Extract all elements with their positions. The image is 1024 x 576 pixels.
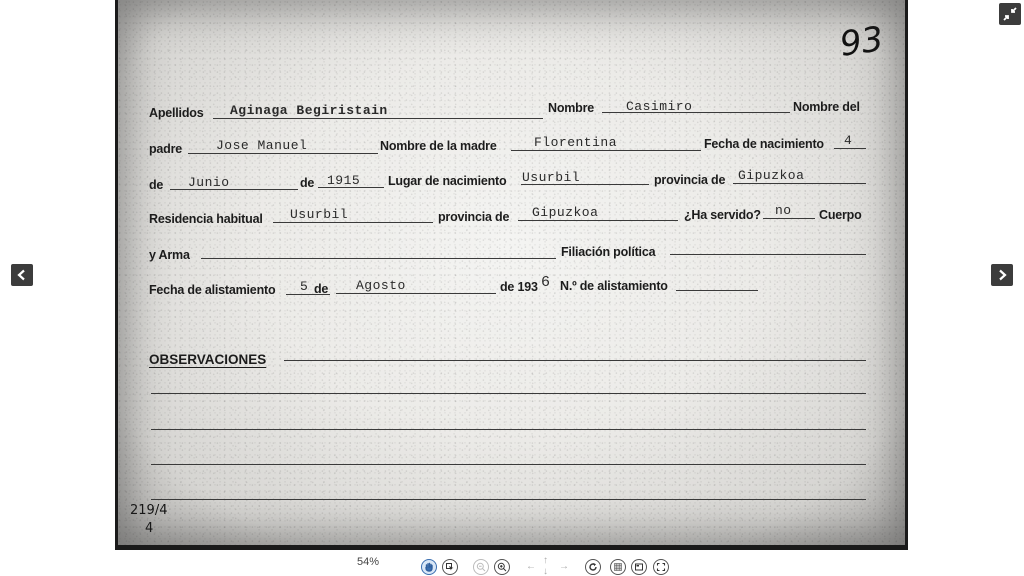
label-provincia: provincia de [654, 173, 725, 187]
value-padre: Jose Manuel [216, 138, 307, 153]
next-image-button[interactable] [991, 264, 1013, 286]
pan-down-button[interactable]: ↓ [543, 567, 548, 576]
previous-image-button[interactable] [11, 264, 33, 286]
index-card: 93 Apellidos Aginaga Begiristain Nombre … [118, 0, 905, 545]
label-residencia: Residencia habitual [149, 212, 263, 226]
select-icon [445, 562, 455, 572]
label-de: de [314, 282, 328, 296]
field-line [733, 183, 866, 184]
label-de: de [300, 176, 314, 190]
field-line [336, 293, 496, 294]
value-dia-alistamiento: 5 [300, 279, 308, 294]
arrow-up-icon: ↑ [543, 555, 548, 566]
fit-screen-icon [656, 562, 666, 572]
value-anio-nacimiento: 1915 [327, 173, 360, 188]
handwritten-page-number: 93 [837, 19, 885, 65]
arrow-right-icon: → [559, 561, 569, 572]
pan-up-button[interactable]: ↑ [543, 556, 548, 566]
label-nombre: Nombre [548, 101, 594, 115]
field-line [213, 118, 543, 119]
label-apellidos: Apellidos [149, 106, 203, 120]
observaciones-heading: OBSERVACIONES [149, 352, 266, 367]
field-line [188, 153, 378, 154]
value-mes-nacimiento: Junio [188, 175, 230, 190]
field-line [518, 220, 678, 221]
label-filiacion: Filiación política [561, 245, 655, 259]
field-line [201, 258, 556, 259]
field-line [834, 148, 866, 149]
zoom-in-icon [497, 562, 507, 572]
label-y-arma: y Arma [149, 248, 190, 262]
arrow-left-icon: ← [526, 561, 536, 572]
value-provincia-nacimiento: Gipuzkoa [738, 168, 804, 183]
value-mes-alistamiento: Agosto [356, 278, 406, 293]
exit-fullscreen-icon [1003, 7, 1017, 21]
value-provincia-residencia: Gipuzkoa [532, 205, 598, 220]
thumbnails-button[interactable] [610, 559, 626, 575]
field-line [273, 222, 433, 223]
label-ha-servido: ¿Ha servido? [684, 208, 761, 222]
label-provincia: provincia de [438, 210, 509, 224]
field-line [763, 218, 815, 219]
observaciones-line [151, 464, 866, 465]
label-padre: padre [149, 142, 182, 156]
value-lugar-nacimiento: Usurbil [522, 170, 580, 185]
value-ha-servido: no [775, 203, 792, 218]
field-line [511, 150, 701, 151]
pan-right-button[interactable]: → [559, 562, 569, 572]
corner-note-bottom: 4 [145, 521, 153, 536]
image-viewer: 93 Apellidos Aginaga Begiristain Nombre … [0, 0, 1024, 576]
corner-note-top: 219/4 [130, 503, 167, 518]
chevron-left-icon [16, 269, 28, 281]
window-icon [634, 562, 644, 572]
observaciones-line [151, 393, 866, 394]
label-cuerpo: Cuerpo [819, 208, 862, 222]
zoom-out-icon [476, 562, 486, 572]
grid-icon [613, 562, 623, 572]
observaciones-line [151, 499, 866, 500]
label-de-193: de 193 [500, 280, 538, 294]
rotate-button[interactable] [585, 559, 601, 575]
value-apellidos: Aginaga Begiristain [230, 103, 388, 118]
label-fecha-alistamiento: Fecha de alistamiento [149, 283, 275, 297]
zoom-in-button[interactable] [494, 559, 510, 575]
document-image[interactable]: 93 Apellidos Aginaga Begiristain Nombre … [115, 0, 908, 550]
fit-screen-button[interactable] [653, 559, 669, 575]
arrow-down-icon: ↓ [543, 566, 548, 576]
field-line [670, 254, 866, 255]
pan-left-button[interactable]: ← [526, 562, 536, 572]
select-tool-button[interactable] [442, 559, 458, 575]
zoom-out-button[interactable] [473, 559, 489, 575]
zoom-level: 54% [357, 556, 379, 568]
observaciones-line [284, 360, 866, 361]
pan-tool-button[interactable] [421, 559, 437, 575]
value-madre: Florentina [534, 135, 617, 150]
label-fecha-nacimiento: Fecha de nacimiento [704, 137, 824, 151]
hand-icon [424, 562, 434, 572]
rotate-icon [588, 562, 598, 572]
field-line [676, 290, 758, 291]
value-residencia: Usurbil [290, 207, 348, 222]
value-anio-alistamiento-digit: 6 [541, 274, 551, 291]
label-num-alistamiento: N.º de alistamiento [560, 279, 668, 293]
value-nombre: Casimiro [626, 99, 692, 114]
observaciones-line [151, 429, 866, 430]
label-nombre-del: Nombre del [793, 100, 860, 114]
exit-fullscreen-button[interactable] [999, 3, 1021, 25]
label-nombre-madre: Nombre de la madre [380, 139, 497, 153]
label-lugar-nacimiento: Lugar de nacimiento [388, 174, 506, 188]
window-button[interactable] [631, 559, 647, 575]
value-dia-nacimiento: 4 [844, 133, 852, 148]
chevron-right-icon [996, 269, 1008, 281]
label-de: de [149, 178, 163, 192]
